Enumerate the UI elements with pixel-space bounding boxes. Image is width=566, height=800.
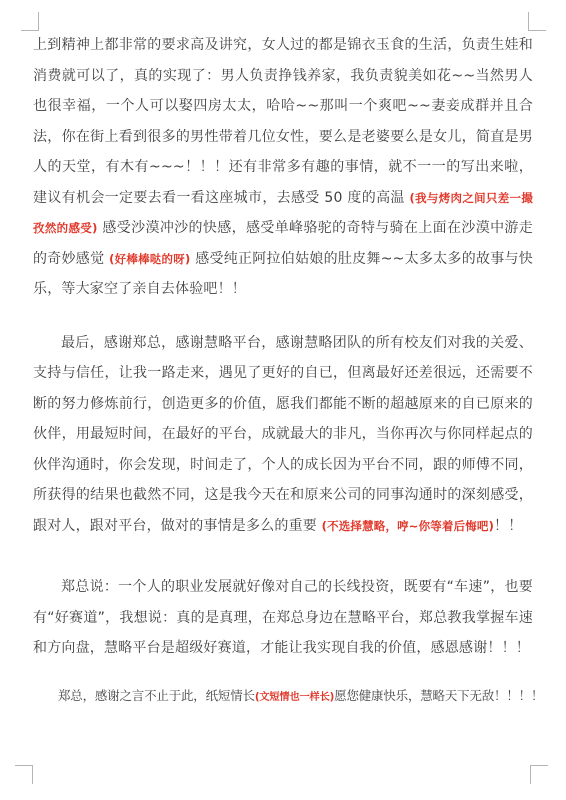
text-run: ！！ (494, 518, 522, 534)
margin-corner-mark-bottom-left (15, 765, 33, 784)
document-body-text: 上到精神上都非常的要求高及讲究，女人过的都是锦衣玉食的生活，负责生娃和消费就可以… (33, 30, 533, 712)
text-run: 最后，感谢郑总，感谢慧略平台，感谢慧略团队的所有校友们对我的关爱、支持与信任，让… (33, 335, 533, 534)
paragraph-thanks: 最后，感谢郑总，感谢慧略平台，感谢慧略团队的所有校友们对我的关爱、支持与信任，让… (33, 328, 533, 542)
red-annotation: (不选择慧略，哼~你等着后悔吧) (322, 519, 494, 533)
paragraph-continuation: 上到精神上都非常的要求高及讲究，女人过的都是锦衣玉食的生活，负责生娃和消费就可以… (33, 30, 533, 305)
text-run: 愿您健康快乐，慧略天下无敌！！！！ (334, 688, 543, 703)
text-run: 上到精神上都非常的要求高及讲究，女人过的都是锦衣玉食的生活，负责生娃和消费就可以… (33, 37, 533, 206)
text-run: 郑总，感谢之言不止于此，纸短情长 (58, 688, 255, 703)
margin-corner-mark-top-left (21, 12, 39, 31)
margin-corner-mark-top-right (528, 12, 546, 31)
paragraph-career-advice: 郑总说：一个人的职业发展就好像对自己的长线投资，既要有“车速”，也要有“好赛道”… (33, 572, 533, 664)
text-run: 郑总说：一个人的职业发展就好像对自己的长线投资，既要有“车速”，也要有“好赛道”… (33, 579, 533, 656)
red-annotation: (好棒棒哒的呀) (109, 252, 190, 266)
margin-corner-mark-bottom-right (530, 765, 548, 784)
document-page: 上到精神上都非常的要求高及讲究，女人过的都是锦衣玉食的生活，负责生娃和消费就可以… (0, 0, 566, 800)
paragraph-closing: 郑总，感谢之言不止于此，纸短情长(文短情也一样长)愿您健康快乐，慧略天下无敌！！… (33, 681, 533, 713)
red-annotation: (文短情也一样长) (255, 691, 334, 703)
